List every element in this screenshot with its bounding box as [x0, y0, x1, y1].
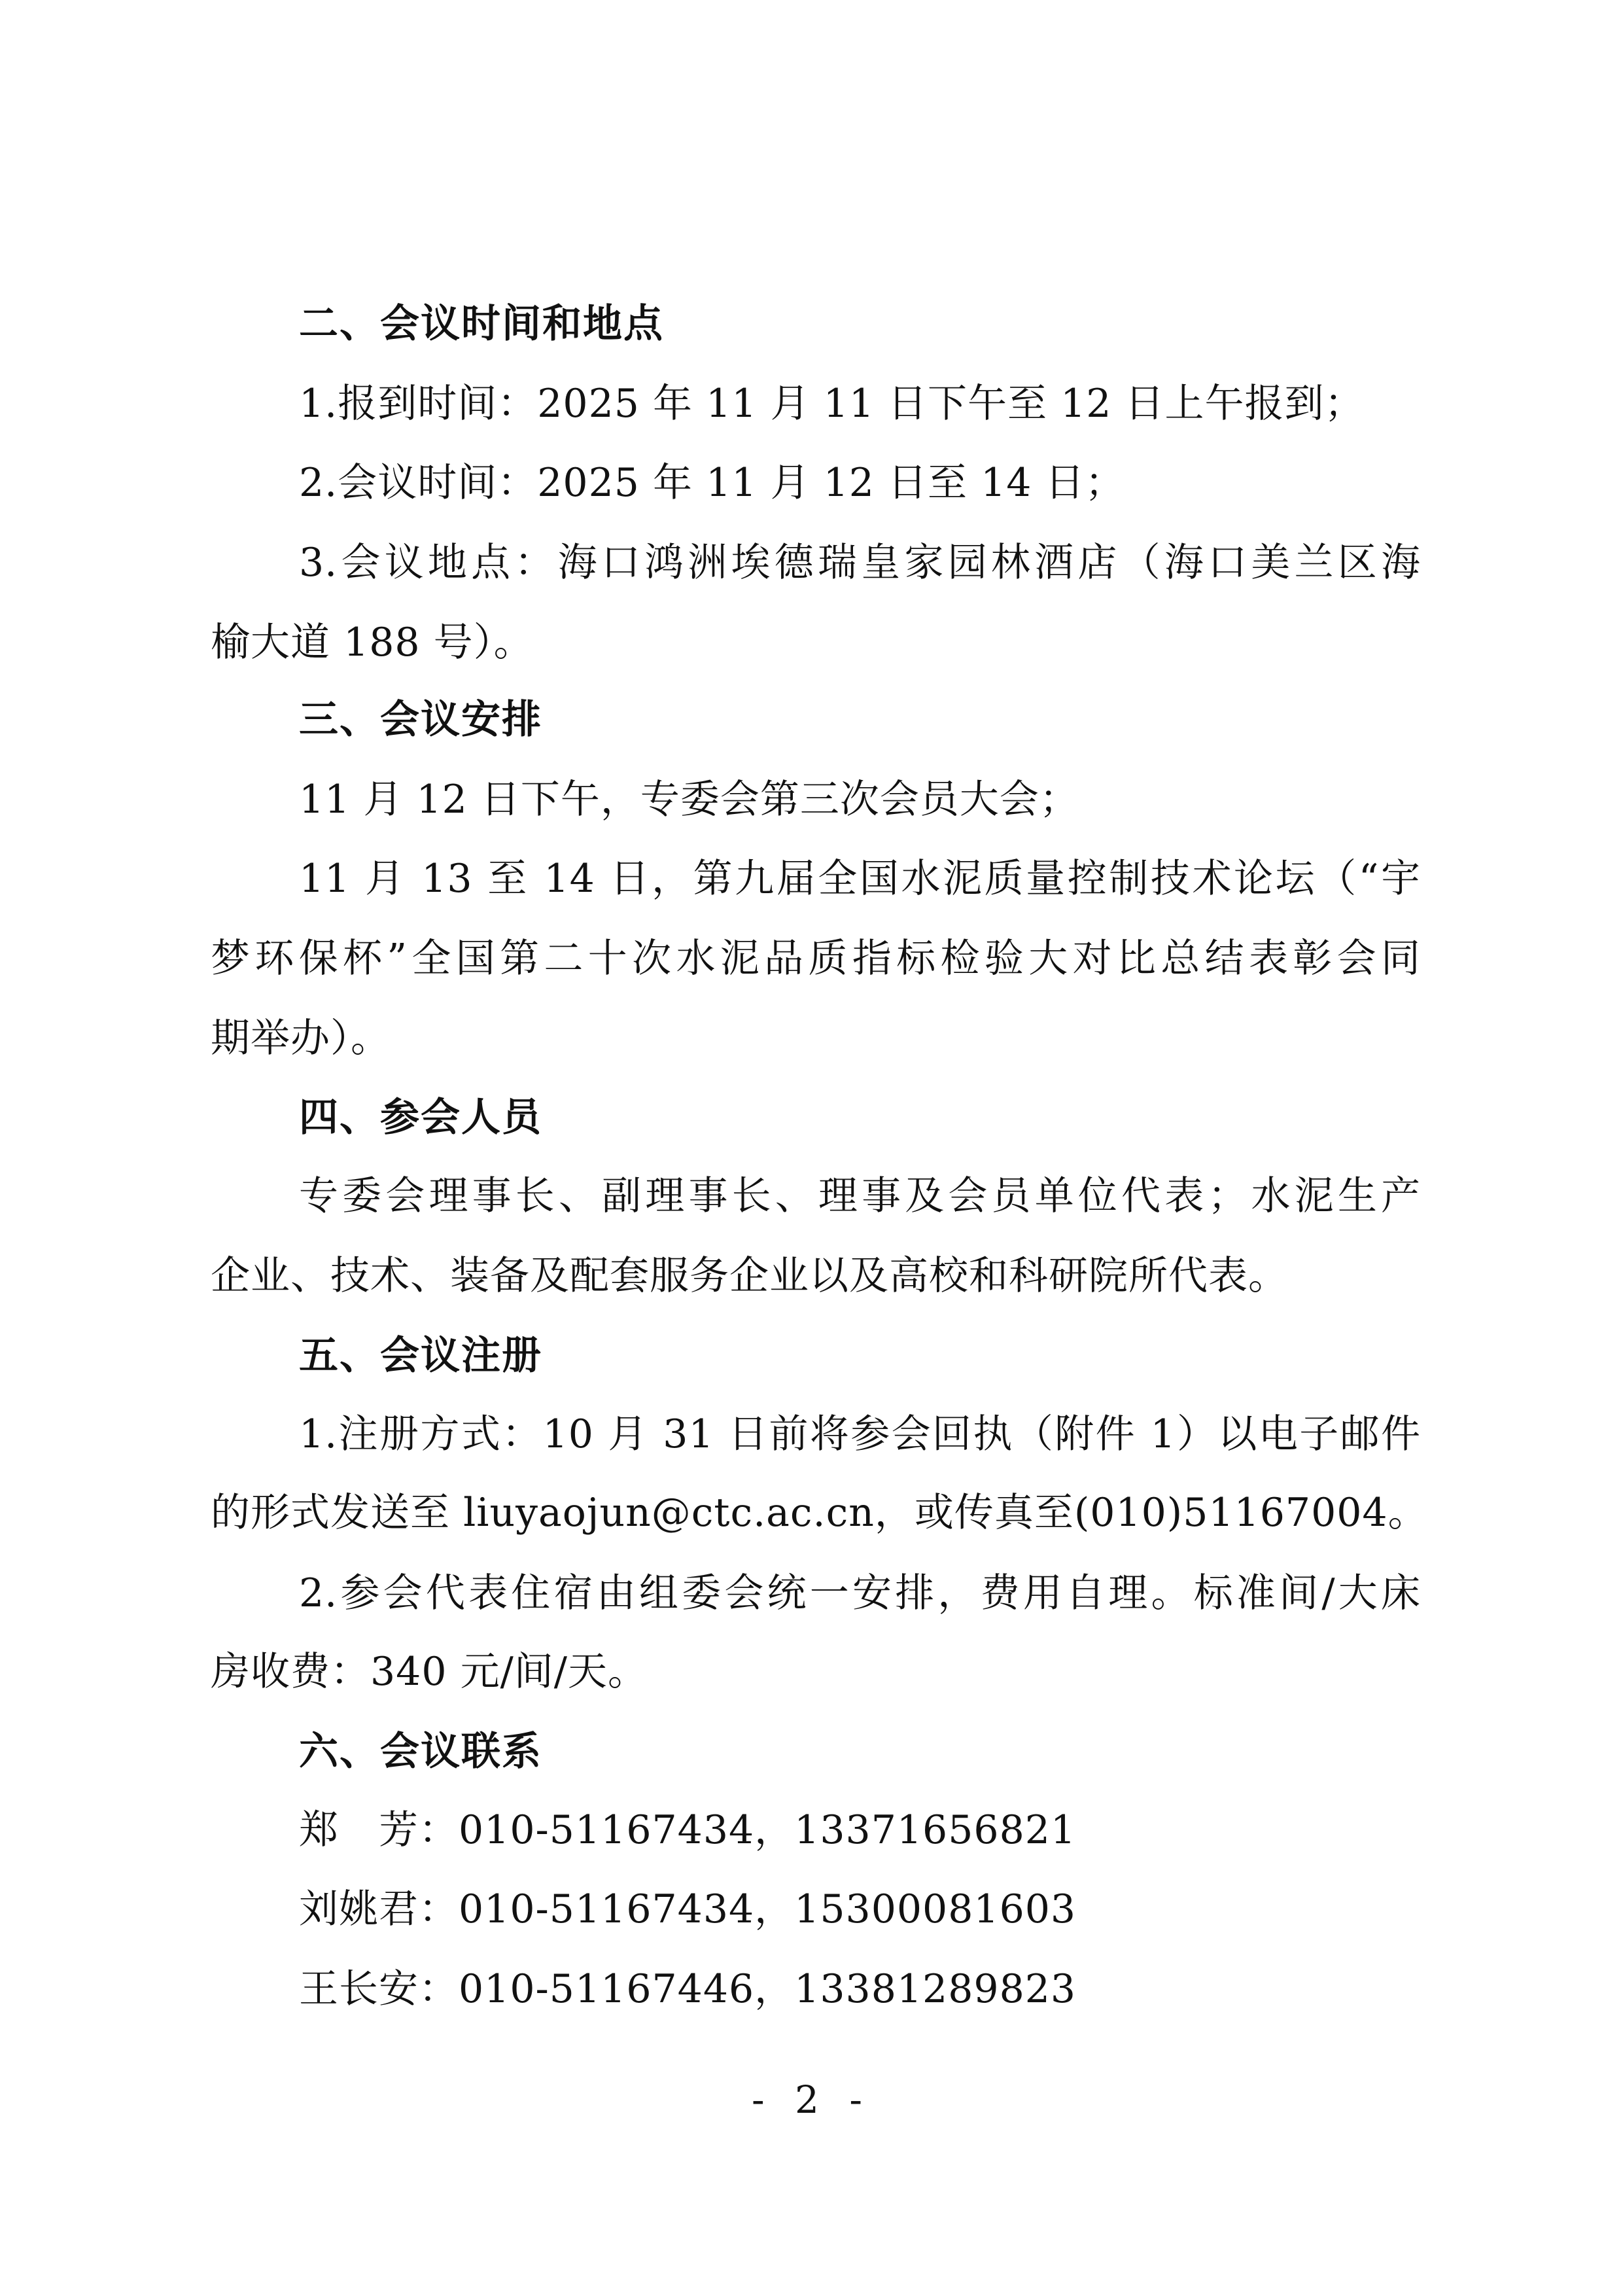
accommodation-line1: 2.参会代表住宿由组委会统一安排，费用自理。标准间/大床	[299, 1567, 1421, 1646]
section-heading-registration: 五、会议注册	[299, 1330, 1421, 1409]
section-heading-attendees: 四、参会人员	[299, 1091, 1421, 1171]
meeting-location-line1: 3.会议地点：海口鸿洲埃德瑞皇家园林酒店（海口美兰区海	[299, 537, 1421, 616]
registration-method-line1: 1.注册方式：10 月 31 日前将参会回执（附件 1）以电子邮件	[299, 1408, 1421, 1487]
accommodation-line2: 房收费：340 元/间/天。	[211, 1646, 1421, 1725]
attendees-line2: 企业、技术、装备及配套服务企业以及高校和科研院所代表。	[211, 1250, 1421, 1329]
section-heading-time-place: 二、会议时间和地点	[299, 298, 1421, 377]
document-page: 二、会议时间和地点 1.报到时间：2025 年 11 月 11 日下午至 12 …	[0, 0, 1623, 2296]
contact-wang-changan: 王长安：010-51167446，13381289823	[299, 1963, 1421, 2042]
meeting-location-line2: 榆大道 188 号）。	[211, 616, 1421, 696]
arrangement-item-2-line2: 梦环保杯”全国第二十次水泥品质指标检验大对比总结表彰会同	[211, 932, 1421, 1012]
arrangement-item-2-line3: 期举办）。	[211, 1012, 1421, 1091]
registration-time: 1.报到时间：2025 年 11 月 11 日下午至 12 日上午报到；	[299, 378, 1421, 457]
registration-method-line2: 的形式发送至 liuyaojun@ctc.ac.cn，或传真至(010)5116…	[211, 1487, 1421, 1566]
contact-zheng-fang: 郑 芳：010-51167434，13371656821	[299, 1804, 1421, 1883]
attendees-line1: 专委会理事长、副理事长、理事及会员单位代表；水泥生产	[299, 1170, 1421, 1249]
page-number: - 2 -	[0, 2077, 1623, 2122]
arrangement-item-2-line1: 11 月 13 至 14 日，第九届全国水泥质量控制技术论坛（“宇	[299, 853, 1421, 932]
section-heading-contact: 六、会议联系	[299, 1725, 1421, 1805]
contact-liu-yaojun: 刘姚君：010-51167434，15300081603	[299, 1883, 1421, 1962]
section-heading-arrangement: 三、会议安排	[299, 694, 1421, 773]
meeting-time: 2.会议时间：2025 年 11 月 12 日至 14 日；	[299, 457, 1421, 536]
arrangement-item-1: 11 月 12 日下午，专委会第三次会员大会；	[299, 773, 1421, 853]
